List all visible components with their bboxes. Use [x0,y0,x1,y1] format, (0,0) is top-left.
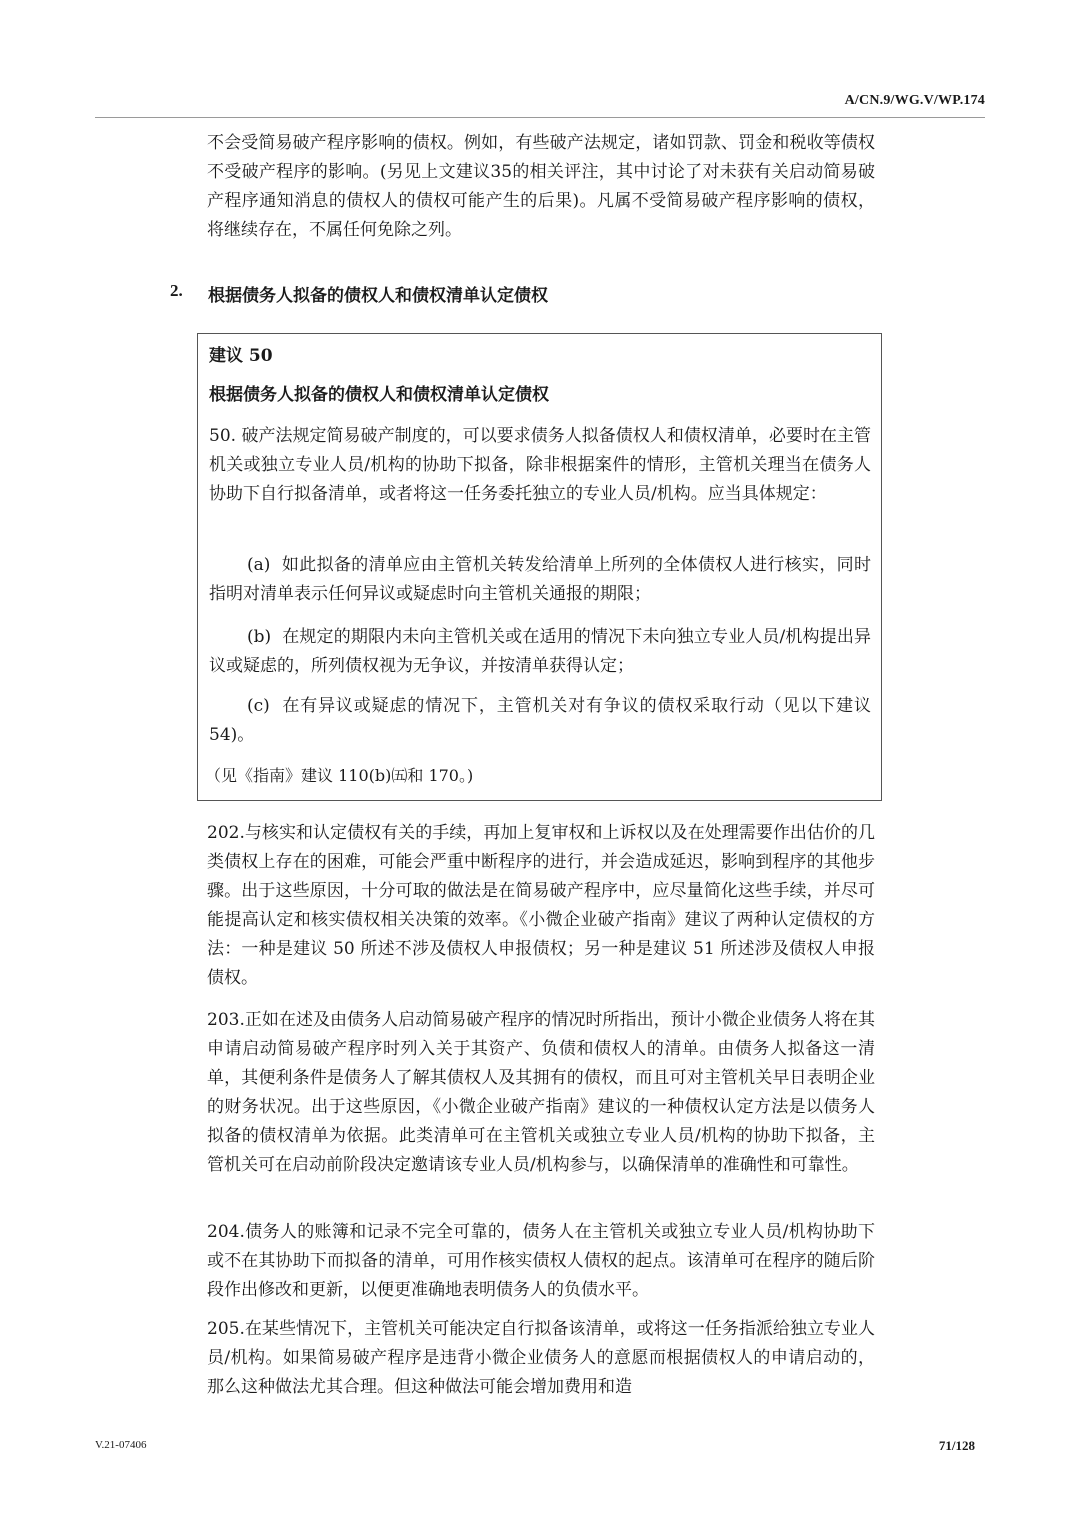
header-divider [95,117,985,118]
paragraph-number: 202. [207,823,245,843]
paragraph-205: 205.在某些情况下，主管机关可能决定自行拟备该清单，或将这一任务指派给独立专业… [207,1315,875,1402]
job-number: V.21-07406 [95,1439,146,1451]
paragraph-text: 正如在述及由债务人启动简易破产程序的情况时所指出，预计小微企业债务人将在其申请启… [207,1010,875,1175]
paragraph-text: 债务人的账簿和记录不完全可靠的，债务人在主管机关或独立专业人员/机构协助下或不在… [207,1222,875,1300]
recommendation-item-b: (b) 在规定的期限内未向主管机关或在适用的情况下未向独立专业人员/机构提出异议… [209,623,871,681]
item-label: (a) [247,555,270,575]
recommendation-note: （见《指南》建议 110(b)㈤和 170。) [205,763,867,789]
recommendation-body: 50. 破产法规定简易破产制度的，可以要求债务人拟备债权人和债权清单，必要时在主… [209,422,871,509]
paragraph-204: 204.债务人的账簿和记录不完全可靠的，债务人在主管机关或独立专业人员/机构协助… [207,1218,875,1305]
paragraph-number: 205. [207,1319,245,1339]
section-heading: 2. 根据债务人拟备的债权人和债权清单认定债权 [170,281,548,306]
paragraph-number: 204. [207,1222,245,1242]
paragraph-number: 203. [207,1010,245,1030]
item-label: (b) [247,627,271,647]
item-text: 如此拟备的清单应由主管机关转发给清单上所列的全体债权人进行核实，同时指明对清单表… [209,555,871,604]
recommendation-title: 建议 50 [209,341,871,371]
recommendation-item-a: (a) 如此拟备的清单应由主管机关转发给清单上所列的全体债权人进行核实，同时指明… [209,551,871,609]
recommendation-subtitle: 根据债务人拟备的债权人和债权清单认定债权 [209,380,871,410]
document-code: A/CN.9/WG.V/WP.174 [845,93,985,109]
item-label: (c) [247,696,270,716]
paragraph-text: 与核实和认定债权有关的手续，再加上复审权和上诉权以及在处理需要作出估价的几类债权… [207,823,875,988]
paragraph-text: 在某些情况下，主管机关可能决定自行拟备该清单，或将这一任务指派给独立专业人员/机… [207,1319,875,1397]
intro-paragraph: 不会受简易破产程序影响的债权。例如，有些破产法规定，诸如罚款、罚金和税收等债权不… [207,129,875,245]
paragraph-202: 202.与核实和认定债权有关的手续，再加上复审权和上诉权以及在处理需要作出估价的… [207,819,875,993]
section-title: 根据债务人拟备的债权人和债权清单认定债权 [208,281,548,306]
page-number: 71/128 [939,1438,975,1454]
paragraph-203: 203.正如在述及由债务人启动简易破产程序的情况时所指出，预计小微企业债务人将在… [207,1006,875,1180]
section-number: 2. [170,281,188,306]
recommendation-item-c: (c) 在有异议或疑虑的情况下，主管机关对有争议的债权采取行动（见以下建议 54… [209,692,871,750]
item-text: 在规定的期限内未向主管机关或在适用的情况下未向独立专业人员/机构提出异议或疑虑的… [209,627,871,676]
item-text: 在有异议或疑虑的情况下，主管机关对有争议的债权采取行动（见以下建议 54)。 [209,696,871,745]
recommendation-box: 建议 50 根据债务人拟备的债权人和债权清单认定债权 50. 破产法规定简易破产… [197,333,882,801]
